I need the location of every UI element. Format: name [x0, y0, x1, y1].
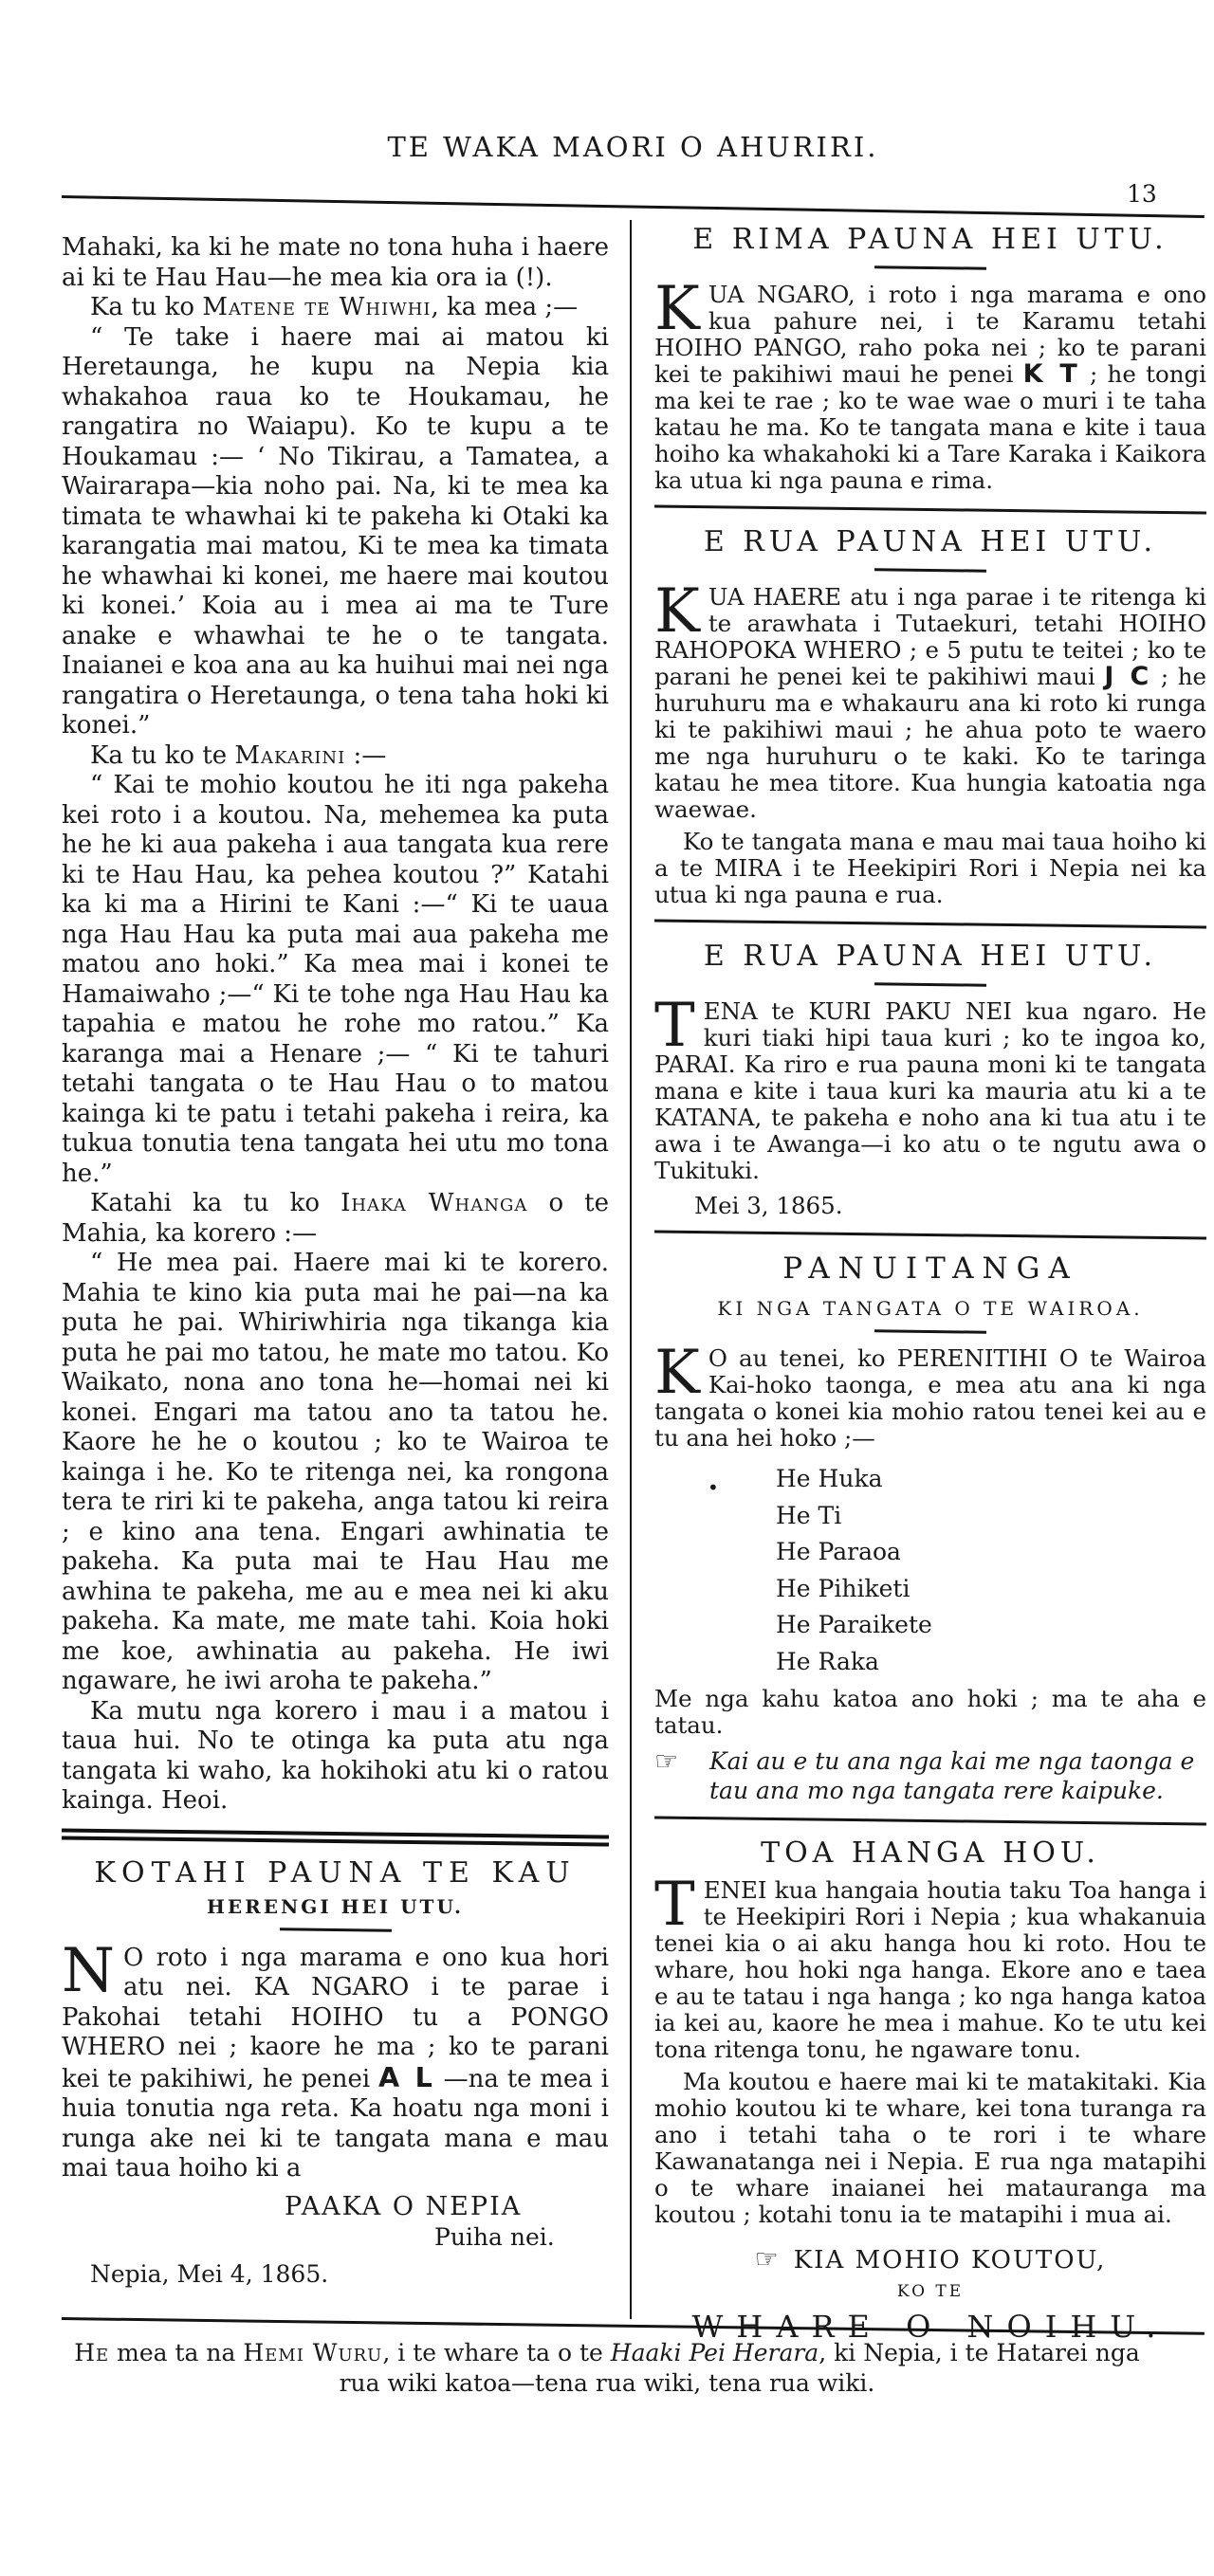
speaker-name: Makarini [234, 741, 345, 770]
section-rule [654, 1816, 1206, 1825]
horse-brand-mark: A L [378, 2061, 435, 2093]
imprint-line-1: He mea ta na Hemi Wuru, i te whare ta o … [38, 2338, 1176, 2368]
double-rule [62, 1832, 609, 1843]
imprint-footer: He mea ta na Hemi Wuru, i te whare ta o … [38, 2338, 1176, 2399]
notice-five-pounds: E RIMA PAUNA HEI UTU. KUA NGARO, i roto … [654, 224, 1206, 494]
newspaper-page: TE WAKA MAORI O AHURIRI. 13 Mahaki, ka k… [0, 0, 1214, 2576]
signature: PAAKA O NEPIA [285, 2192, 609, 2221]
dateline: Mei 3, 1865. [694, 1192, 1206, 1219]
text-run: Katahi ka tu ko [90, 1189, 340, 1217]
notice-subheading: KI NGA TANGATA O TE WAIROA. [654, 1297, 1206, 1320]
manicule-icon: ☞ [654, 1746, 678, 1776]
speaker-line: Ka tu ko te Makarini :— [62, 741, 609, 772]
text-run: Ka tu ko [90, 293, 202, 321]
notice-body: KUA NGARO, i roto i nga marama e ono kua… [654, 282, 1206, 494]
notice-heading: TOA HANGA HOU. [654, 1837, 1206, 1870]
speaker-line: Ka tu ko Matene te Whiwhi, ka mea ;— [62, 293, 609, 323]
horse-brand-mark: K T [1023, 359, 1080, 389]
publication-name: Haaki Pei Herara [611, 2339, 819, 2366]
goods-item: He Raka [776, 1648, 879, 1675]
drop-cap: T [654, 1877, 704, 1929]
quote-paragraph: “ Te take i haere mai ai matou ki Hereta… [62, 323, 609, 741]
notice-heading: KOTAHI PAUNA TE KAU [62, 1856, 609, 1890]
note-text: Kai au e tu ana nga kai me nga taonga e … [709, 1747, 1194, 1804]
goods-item: He Huka [776, 1465, 883, 1492]
notice-body: NO roto i nga marama e ono kua hori atu … [62, 1944, 609, 2184]
paragraph-continuation: Mahaki, ka ki he mate no tona huha i hae… [62, 233, 609, 293]
speaker-line: Katahi ka tu ko Ihaka Whanga o te Mahia,… [62, 1189, 609, 1249]
header-rule [62, 195, 1205, 218]
list-item: He Paraikete [776, 1607, 1206, 1644]
goods-item: He Paraikete [776, 1611, 932, 1638]
drop-cap: N [62, 1944, 123, 1996]
left-column: Mahaki, ka ki he mate no tona huha i hae… [62, 233, 609, 2288]
notice-heading: E RIMA PAUNA HEI UTU. [654, 224, 1206, 256]
closing-line: ☞KIA MOHIO KOUTOU, [654, 2243, 1206, 2275]
text-run: ENEI kua hangaia houtia taku Toa hanga i… [654, 1876, 1206, 2063]
imprint-line-2: rua wiki katoa—tena rua wiki, tena rua w… [38, 2368, 1176, 2399]
goods-item: He Paraoa [776, 1538, 901, 1565]
goods-item: He Ti [776, 1502, 841, 1529]
signature-note: Puiha nei. [434, 2223, 609, 2251]
bullet-icon: • [708, 1470, 719, 1507]
section-rule [654, 504, 1206, 514]
masthead-title: TE WAKA MAORI O AHURIRI. [62, 131, 1205, 163]
drop-cap: K [654, 1345, 708, 1398]
section-rule [654, 1230, 1206, 1239]
horse-brand-mark: J C [1104, 662, 1151, 691]
list-item: He Ti [776, 1498, 1206, 1535]
list-item: He Raka [776, 1644, 1206, 1681]
closing-text: KIA MOHIO KOUTOU, [794, 2246, 1107, 2275]
goods-item: He Pihiketi [776, 1575, 910, 1602]
toa-hanga-hou-notice: TOA HANGA HOU. TENEI kua hangaia houtia … [654, 1837, 1206, 2345]
heading-rule [874, 1329, 986, 1333]
text-run: Ka tu ko te [90, 741, 234, 770]
notice-heading: E RUA PAUNA HEI UTU. [654, 526, 1206, 558]
text-run: O au tenei, ko PERENITIHI O te Wairoa Ka… [654, 1344, 1206, 1452]
section-rule [654, 919, 1206, 928]
text-run: , ki Nepia, i te Hatarei nga [819, 2339, 1140, 2366]
drop-cap: K [654, 584, 708, 636]
notice-body: KO au tenei, ko PERENITIHI O te Wairoa K… [654, 1345, 1206, 1452]
closing-paragraph: Ka mutu nga korero i mau i a matou i tau… [62, 1697, 609, 1817]
notice-subheading: HERENGI HEI UTU. [62, 1895, 609, 1918]
closing-line: KO TE [654, 2282, 1206, 2301]
text-run: ENA te KURI PAKU NEI kua ngaro. He kuri … [654, 997, 1206, 1184]
list-item: •He Huka [776, 1461, 1206, 1498]
goods-list: •He Huka He Ti He Paraoa He Pihiketi He … [776, 1461, 1206, 1680]
heading-rule [874, 265, 986, 269]
heading-rule [279, 1927, 391, 1931]
text-run: , ka mea ;— [432, 293, 579, 321]
panuitanga-notice: PANUITANGA KI NGA TANGATA O TE WAIROA. K… [654, 1251, 1206, 1805]
manicule-icon: ☞ [755, 2243, 781, 2275]
speaker-name: Ihaka Whanga [340, 1189, 527, 1217]
notice-body: TENEI kua hangaia houtia taku Toa hanga … [654, 1877, 1206, 2063]
notice-body-paragraph: Ma koutou e haere mai ki te matakitaki. … [654, 2069, 1206, 2228]
notice-body-paragraph: Ko te tangata mana e mau mai taua hoiho … [654, 829, 1206, 908]
heading-rule [874, 982, 986, 986]
notice-body: TENA te KURI PAKU NEI kua ngaro. He kuri… [654, 998, 1206, 1184]
quote-paragraph: “ Kai te mohio koutou he iti nga pakeha … [62, 771, 609, 1189]
text-run: , i te whare ta o te [382, 2339, 610, 2366]
page-number: 13 [1127, 180, 1157, 208]
list-item: He Pihiketi [776, 1571, 1206, 1608]
notice-body: KUA HAERE atu i nga parae i te ritenga k… [654, 584, 1206, 823]
notice-two-pounds-dog: E RUA PAUNA HEI UTU. TENA te KURI PAKU N… [654, 941, 1206, 1219]
drop-cap: T [654, 998, 704, 1050]
after-list-text: Me nga kahu katoa ano hoki ; ma te aha e… [654, 1686, 1206, 1739]
printer-name: Hemi Wuru [243, 2339, 382, 2366]
quote-paragraph: “ He mea pai. Haere mai ki te korero. Ma… [62, 1249, 609, 1697]
right-column: E RIMA PAUNA HEI UTU. KUA NGARO, i roto … [654, 224, 1206, 2345]
text-run: He [74, 2339, 109, 2366]
notice-heading: E RUA PAUNA HEI UTU. [654, 941, 1206, 973]
speaker-name: Matene te Whiwhi [202, 293, 431, 321]
manicule-note: ☞Kai au e tu ana nga kai me nga taonga e… [654, 1746, 1206, 1805]
column-divider [630, 220, 632, 2319]
list-item: He Paraoa [776, 1534, 1206, 1571]
dateline: Nepia, Mei 4, 1865. [90, 2260, 609, 2288]
notice-heading: PANUITANGA [654, 1251, 1206, 1286]
drop-cap: K [654, 282, 708, 334]
notice-two-pounds-horse: E RUA PAUNA HEI UTU. KUA HAERE atu i nga… [654, 526, 1206, 908]
text-run: :— [345, 741, 386, 770]
heading-rule [874, 568, 986, 572]
text-run: mea ta na [109, 2339, 243, 2366]
